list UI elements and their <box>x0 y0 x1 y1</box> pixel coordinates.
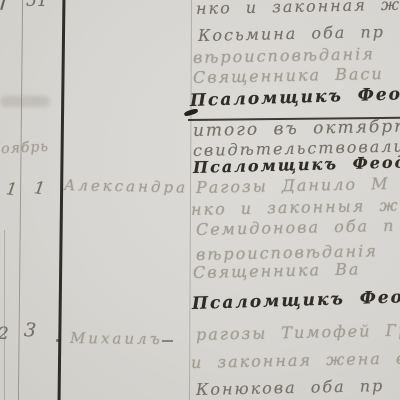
margin-top-number: 51 <box>26 0 48 12</box>
month-label: Ноябрь <box>0 139 49 158</box>
record-line: Священника Васи <box>193 65 384 87</box>
record-line: Семидонова оба п <box>196 217 396 240</box>
entry1-baptism-day-number: 1 <box>33 179 46 200</box>
stray-stroke <box>0 0 6 10</box>
column-rule-far-left <box>4 230 5 400</box>
entry2-baptism-day-number: 3 <box>23 320 37 343</box>
record-line: рагозы Тимофей Гр <box>196 322 400 345</box>
entry1-birth-day-number: 1 <box>5 180 18 201</box>
entry2-birth-day-number: 2 <box>0 325 9 345</box>
record-line: нко и законная ж <box>196 0 400 18</box>
record-line: Рагозы Данило М <box>196 175 390 197</box>
scanned-register-page: 51 Ноябрь 1 1 Александра 2 3 Михаилъ нко… <box>0 0 400 400</box>
record-line: Псаломщикъ Феодотъ <box>192 286 400 314</box>
record-line: Псаломщикъ Феодотъ <box>190 83 400 111</box>
record-line: Конюкова оба пр <box>196 377 385 399</box>
record-line: Косьмина оба пр <box>198 23 385 45</box>
pen-dot <box>56 339 59 342</box>
record-line: Священника Ва <box>193 260 361 282</box>
entry1-name: Александра <box>64 177 188 197</box>
record-line: и законная жена ег <box>191 349 400 372</box>
entry2-name: Михаилъ <box>70 330 163 348</box>
smudge <box>0 96 50 107</box>
name-trailing-dash <box>162 340 173 342</box>
